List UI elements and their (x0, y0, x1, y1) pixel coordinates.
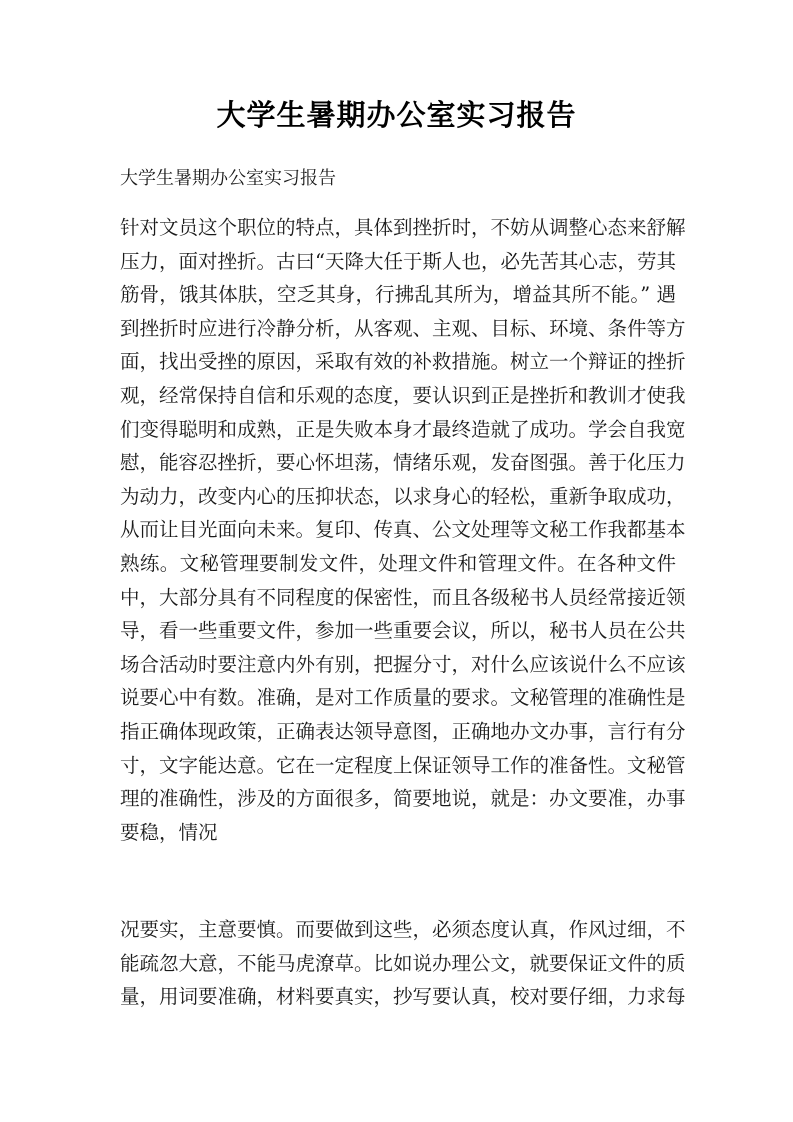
text-line: 慰，能容忍挫折，要心怀坦荡，情绪乐观，发奋图强。善于化压力 (120, 446, 676, 480)
text-line: 熟练。文秘管理要制发文件，处理文件和管理文件。在各种文件 (120, 547, 676, 581)
text-line: 筋骨，饿其体肤，空乏其身，行拂乱其所为，增益其所不能。” 遇 (120, 278, 676, 312)
body-paragraph-2: 况要实，主意要慎。而要做到这些，必须态度认真，作风过细，不 能疏忽大意，不能马虎… (120, 913, 676, 1014)
text-line: 中，大部分具有不同程度的保密性，而且各级秘书人员经常接近领 (120, 581, 676, 615)
body-paragraph-1: 针对文员这个职位的特点，具体到挫折时，不妨从调整心态来舒解 压力，面对挫折。古曰… (120, 211, 676, 849)
text-line: 况要实，主意要慎。而要做到这些，必须态度认真，作风过细，不 (120, 913, 676, 947)
text-line: 量，用词要准确，材料要真实，抄写要认真，校对要仔细，力求每 (120, 980, 676, 1014)
text-line: 针对文员这个职位的特点，具体到挫折时，不妨从调整心态来舒解 (120, 211, 676, 245)
document-title: 大学生暑期办公室实习报告 (0, 95, 793, 135)
text-line: 为动力，改变内心的压抑状态，以求身心的轻松，重新争取成功， (120, 480, 676, 514)
text-line: 理的准确性，涉及的方面很多，简要地说，就是：办文要准，办事 (120, 782, 676, 816)
text-line: 指正确体现政策，正确表达领导意图，正确地办文办事，言行有分 (120, 715, 676, 749)
text-line: 从而让目光面向未来。复印、传真、公文处理等文秘工作我都基本 (120, 513, 676, 547)
text-line: 观，经常保持自信和乐观的态度，要认识到正是挫折和教训才使我 (120, 379, 676, 413)
document-page: 大学生暑期办公室实习报告 大学生暑期办公室实习报告 针对文员这个职位的特点，具体… (0, 0, 793, 1122)
text-line: 寸，文字能达意。它在一定程度上保证领导工作的准备性。文秘管 (120, 749, 676, 783)
text-line: 到挫折时应进行冷静分析，从客观、主观、目标、环境、条件等方 (120, 312, 676, 346)
text-line: 说要心中有数。准确，是对工作质量的要求。文秘管理的准确性是 (120, 681, 676, 715)
text-line: 面，找出受挫的原因，采取有效的补救措施。树立一个辩证的挫折 (120, 345, 676, 379)
document-subtitle: 大学生暑期办公室实习报告 (120, 166, 336, 192)
text-line: 们变得聪明和成熟，正是失败本身才最终造就了成功。学会自我宽 (120, 413, 676, 447)
text-line: 要稳，情况 (120, 816, 676, 850)
text-line: 场合活动时要注意内外有别，把握分寸，对什么应该说什么不应该 (120, 648, 676, 682)
text-line: 能疏忽大意，不能马虎潦草。比如说办理公文，就要保证文件的质 (120, 947, 676, 981)
text-line: 压力，面对挫折。古曰“天降大任于斯人也，必先苦其心志，劳其 (120, 245, 676, 279)
text-line: 导，看一些重要文件，参加一些重要会议，所以，秘书人员在公共 (120, 614, 676, 648)
